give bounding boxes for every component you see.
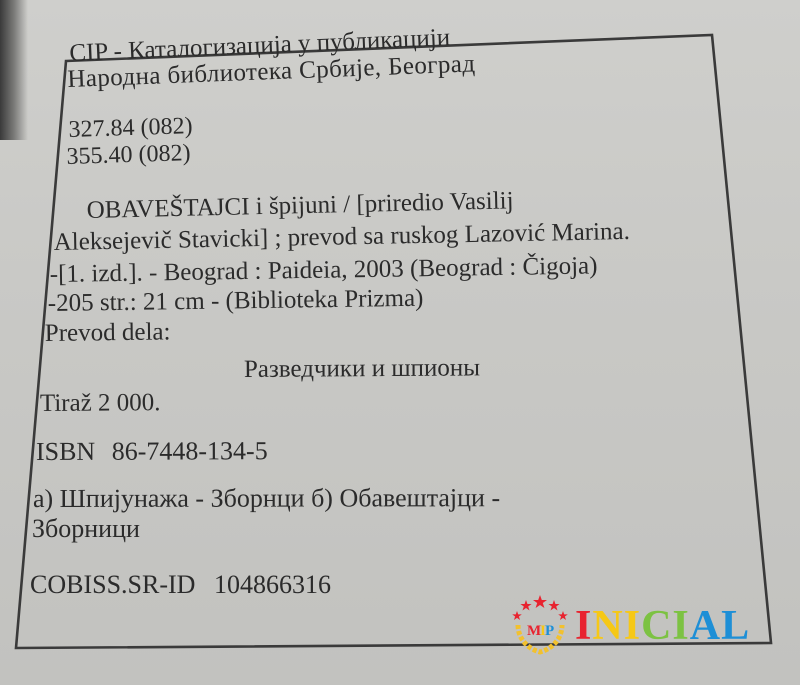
- cobiss-id: COBISS.SR-ID 104866316: [30, 570, 331, 600]
- cobiss-value: 104866316: [214, 570, 331, 599]
- udc-code-2: 355.40 (082): [66, 140, 191, 171]
- laurel-stars-emblem-icon: M I P: [512, 595, 568, 655]
- subjects-line-1: а) Шпијунажа - Зборнци б) Обавештајци -: [33, 483, 500, 514]
- original-title-label: Prevod dela:: [45, 318, 171, 348]
- inicial-watermark-logo: M I P INICIAL: [512, 595, 782, 655]
- isbn-label: ISBN: [36, 437, 95, 466]
- udc-code-1: 327.84 (082): [68, 113, 193, 144]
- description-line-4: -205 str.: 21 cm - (Biblioteka Prizma): [48, 285, 424, 318]
- isbn-value: 86-7448-134-5: [112, 436, 268, 466]
- inicial-brand-text: INICIAL: [575, 605, 750, 647]
- subjects-line-2: Зборници: [32, 514, 140, 544]
- isbn: ISBN 86-7448-134-5: [36, 436, 268, 467]
- svg-text:P: P: [545, 623, 554, 639]
- cobiss-label: COBISS.SR-ID: [30, 570, 195, 599]
- print-run: Tiraž 2 000.: [40, 389, 161, 418]
- original-title: Разведчики и шпионы: [244, 354, 480, 384]
